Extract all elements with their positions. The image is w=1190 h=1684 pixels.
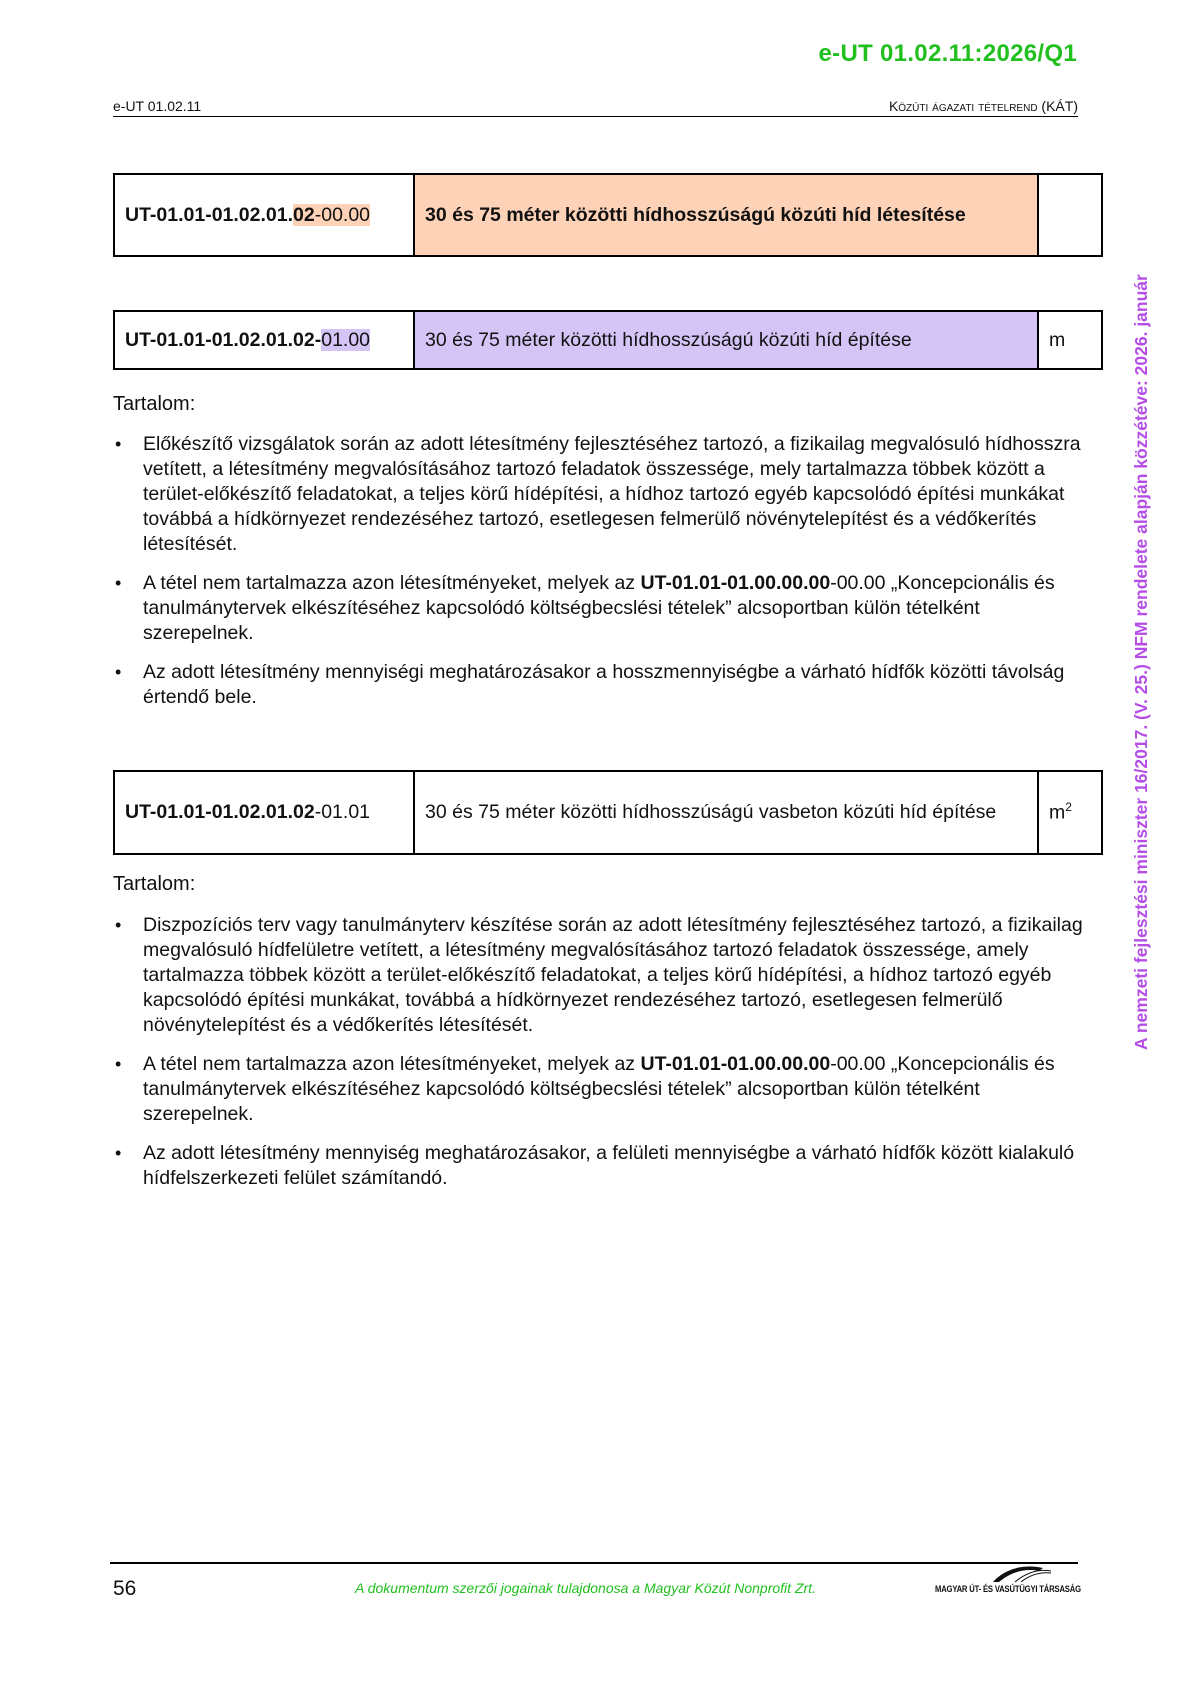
- item-code: UT-01.01-01.02.01.02-00.00: [114, 174, 414, 256]
- side-publication-note: A nemzeti fejlesztési miniszter 16/2017.…: [1131, 274, 1152, 1050]
- header-right-title: Közúti ágazati tételrend (KÁT): [889, 98, 1078, 114]
- item-code: UT-01.01-01.02.01.02-01.01: [114, 771, 414, 854]
- bullet-item: A tétel nem tartalmazza azon létesítmény…: [113, 1052, 1093, 1127]
- item-table-2: UT-01.01-01.02.01.02-01.00 30 és 75 méte…: [113, 310, 1103, 370]
- copyright-notice: A dokumentum szerzői jogainak tulajdonos…: [355, 1580, 816, 1596]
- document-id: e-UT 01.02.11:2026/Q1: [819, 40, 1077, 68]
- content-label: Tartalom:: [113, 873, 195, 896]
- item-unit: m: [1038, 311, 1102, 369]
- bullet-item: Diszpozíciós terv vagy tanulmányterv kés…: [113, 913, 1093, 1038]
- bullet-item: Előkészítő vizsgálatok során az adott lé…: [113, 432, 1093, 557]
- item-description: 30 és 75 méter közötti hídhosszúságú köz…: [414, 311, 1038, 369]
- footer-divider: [110, 1562, 1078, 1564]
- item-description: 30 és 75 méter közötti hídhosszúságú köz…: [414, 174, 1038, 256]
- logo-text: MAGYAR ÚT- ÉS VASÚTÜGYI TÁRSASÁG: [935, 1584, 1081, 1594]
- page-number: 56: [113, 1577, 136, 1601]
- content-bullets-2: Diszpozíciós terv vagy tanulmányterv kés…: [113, 913, 1093, 1205]
- bullet-item: A tétel nem tartalmazza azon létesítmény…: [113, 571, 1093, 646]
- bullet-item: Az adott létesítmény mennyiségi meghatár…: [113, 660, 1093, 710]
- content-bullets-1: Előkészítő vizsgálatok során az adott lé…: [113, 432, 1093, 724]
- item-table-1: UT-01.01-01.02.01.02-00.00 30 és 75 méte…: [113, 173, 1103, 257]
- item-unit: [1038, 174, 1102, 256]
- page-header: e-UT 01.02.11 Közúti ágazati tételrend (…: [113, 96, 1078, 117]
- item-code: UT-01.01-01.02.01.02-01.00: [114, 311, 414, 369]
- bullet-item: Az adott létesítmény mennyiség meghatáro…: [113, 1141, 1093, 1191]
- item-description: 30 és 75 méter közötti hídhosszúságú vas…: [414, 771, 1038, 854]
- header-left-code: e-UT 01.02.11: [113, 98, 201, 114]
- code-highlight: 01.00: [321, 329, 370, 351]
- society-logo: MAGYAR ÚT- ÉS VASÚTÜGYI TÁRSASÁG: [935, 1562, 1085, 1602]
- code-highlight: 02-00.00: [293, 204, 370, 226]
- item-unit: m2: [1038, 771, 1102, 854]
- item-table-3: UT-01.01-01.02.01.02-01.01 30 és 75 méte…: [113, 770, 1103, 855]
- logo-swoosh-icon: [935, 1562, 1085, 1586]
- content-label: Tartalom:: [113, 393, 195, 416]
